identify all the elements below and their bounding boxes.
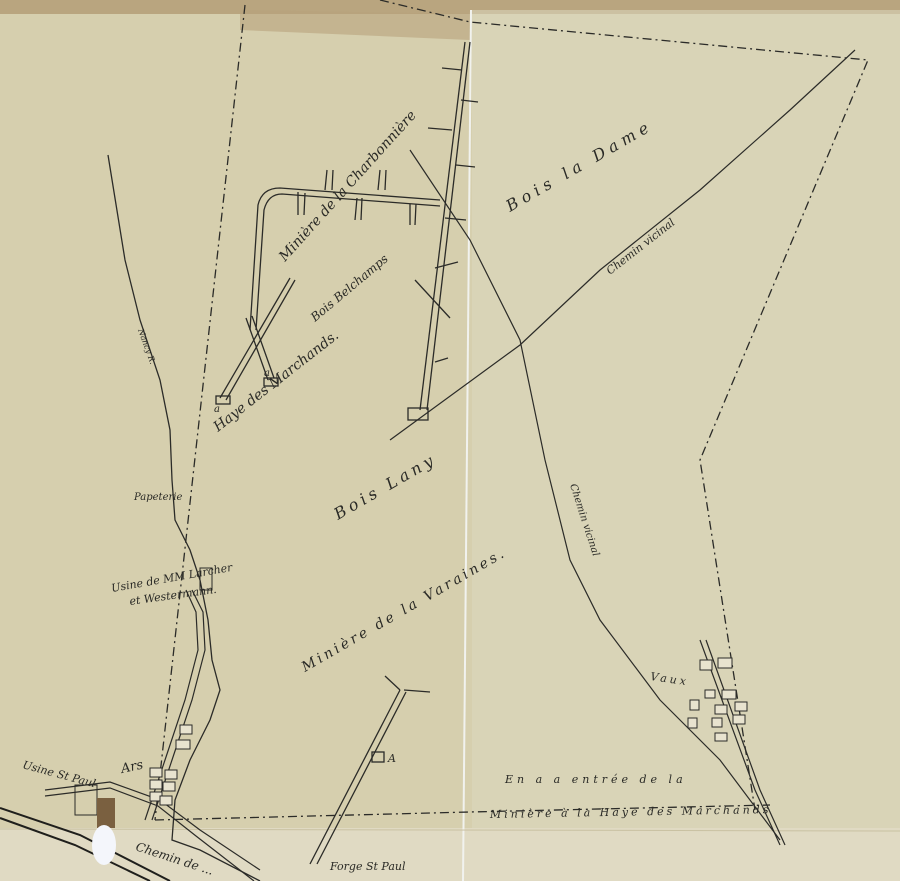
label-forge-st-paul: Forge St Paul <box>329 860 406 873</box>
map-canvas: Minière de la Charbonnière Bois Belchamp… <box>0 0 900 881</box>
label-note-line1: En a a entrée de la <box>504 773 687 786</box>
historic-mine-map: Minière de la Charbonnière Bois Belchamp… <box>0 0 900 881</box>
label-shaft-a: A <box>387 752 396 765</box>
torn-patch <box>97 798 115 828</box>
label-papeterie: Papeterie <box>133 492 182 503</box>
label-shaft-a2: a <box>264 368 270 379</box>
label-shaft-a1: a <box>214 404 220 415</box>
paper-hole <box>92 825 116 865</box>
